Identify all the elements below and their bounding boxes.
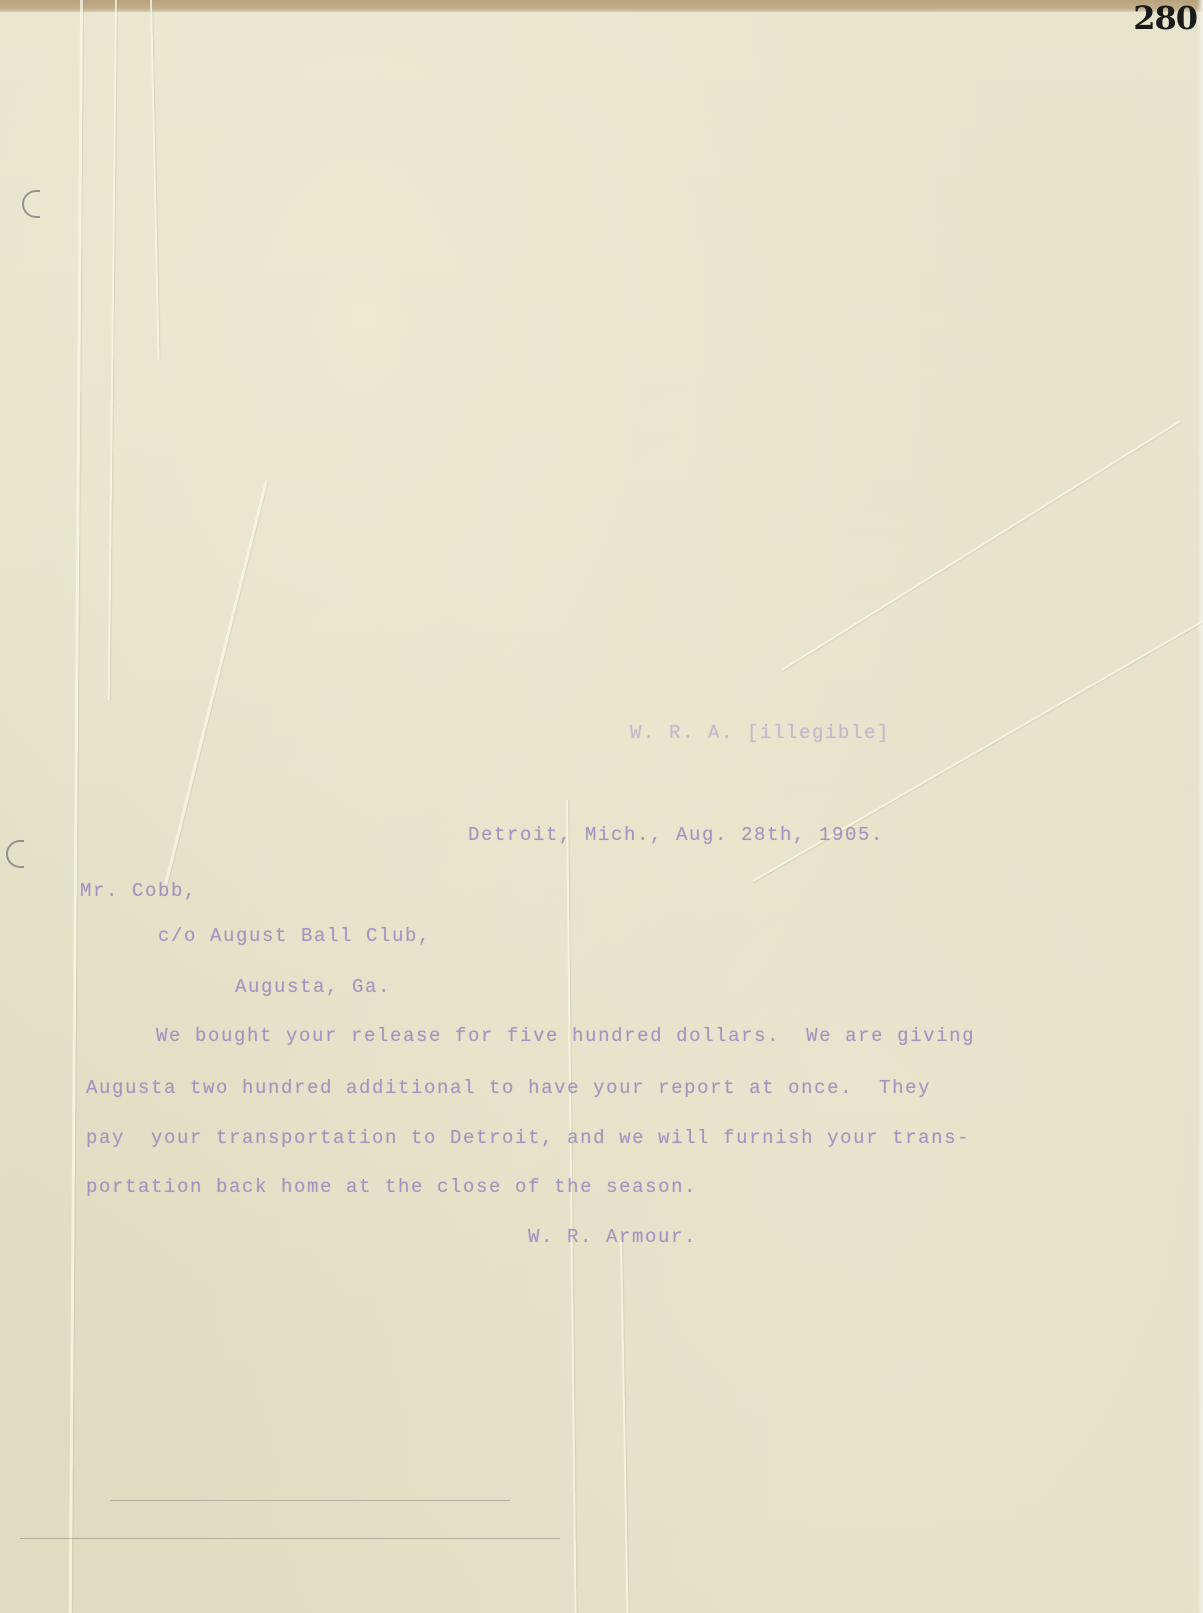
recipient-name: Mr. Cobb, [80, 880, 197, 902]
paper-background [0, 0, 1203, 1613]
letterhead-initials: W. R. A. [illegible] [630, 722, 890, 744]
top-paper-edge [0, 0, 1203, 12]
body-line-1: We bought your release for five hundred … [156, 1025, 975, 1047]
signature: W. R. Armour. [528, 1226, 697, 1248]
page-number: 280 [1133, 0, 1197, 36]
body-line-2: Augusta two hundred additional to have y… [86, 1077, 931, 1099]
recipient-city: Augusta, Ga. [235, 976, 391, 998]
dateline: Detroit, Mich., Aug. 28th, 1905. [468, 824, 884, 846]
body-line-4: portation back home at the close of the … [86, 1176, 697, 1198]
body-line-3: pay your transportation to Detroit, and … [86, 1127, 970, 1149]
recipient-care-of: c/o August Ball Club, [158, 925, 431, 947]
pencil-guide-line [110, 1500, 510, 1501]
pencil-guide-line [20, 1538, 560, 1539]
right-paper-edge [1197, 0, 1203, 1613]
